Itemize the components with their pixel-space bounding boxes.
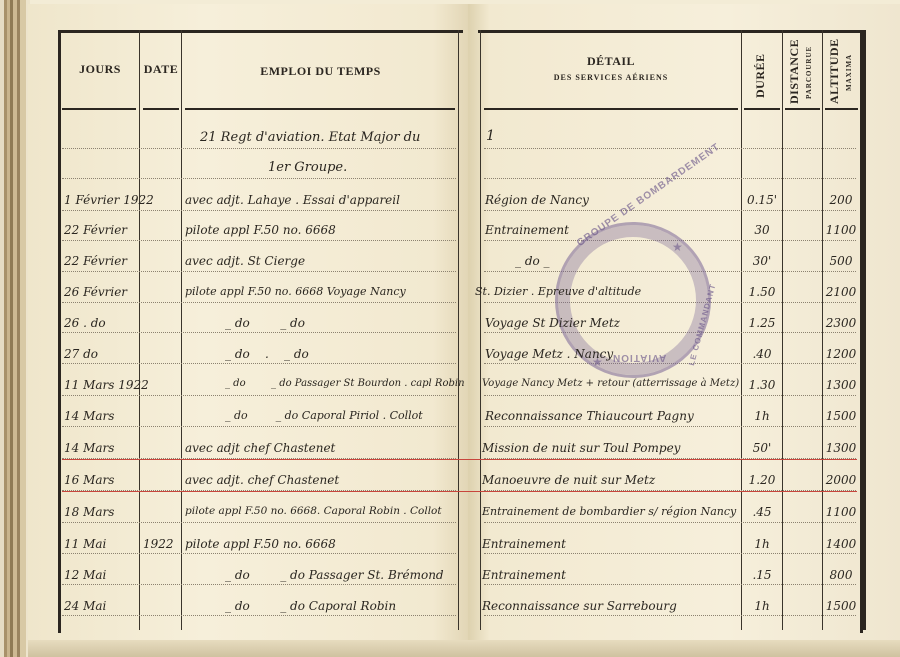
header-rule-detail <box>484 108 738 110</box>
header-jours: JOURS <box>62 62 138 77</box>
book-binding-edge <box>0 0 30 657</box>
intro-line-1: 21 Regt d'aviation. Etat Major du <box>200 130 420 145</box>
cell-duree: 50' <box>742 441 782 455</box>
header-duree: DURÉE <box>753 48 768 104</box>
cell-detail: St. Dizier . Epreuve d'altitude <box>475 285 641 298</box>
cell-detail: Région de Nancy <box>485 193 589 207</box>
cell-altitude: 1500 <box>823 409 859 423</box>
column-divider-date-emploi <box>181 30 182 630</box>
stamp-star-icon: ★ <box>672 240 683 255</box>
cell-detail: Mission de nuit sur Toul Pompey <box>482 441 680 455</box>
cell-emploi: pilote appl F.50 no. 6668 <box>185 537 336 551</box>
column-divider-duree-distance <box>782 30 783 630</box>
red-underline-row-10 <box>62 491 857 492</box>
cell-jours: 16 Mars <box>64 473 114 487</box>
cell-jours: 22 Février <box>64 254 127 268</box>
cell-detail: _ do _ <box>515 254 550 268</box>
red-underline-row-9 <box>62 459 857 460</box>
column-divider-jours-date <box>139 30 140 630</box>
cell-altitude: 1400 <box>823 537 859 551</box>
cell-altitude: 500 <box>823 254 859 268</box>
cell-emploi: _ do _ do Passager St. Brémond <box>225 568 444 582</box>
cell-altitude: 800 <box>823 568 859 582</box>
cell-altitude: 1200 <box>823 347 859 361</box>
header-distance: DISTANCE PARCOURUE <box>787 40 817 104</box>
cell-jours: 18 Mars <box>64 505 114 519</box>
header-distance-subtitle: PARCOURUE <box>805 45 813 98</box>
cell-altitude: 1300 <box>823 378 859 392</box>
cell-detail: Manoeuvre de nuit sur Metz <box>482 473 655 487</box>
cell-jours: 14 Mars <box>64 409 114 423</box>
cell-altitude: 1100 <box>823 505 859 519</box>
intro-line-2: 1er Groupe. <box>268 160 347 175</box>
header-rule-date <box>143 108 179 110</box>
cell-jours: 11 Mars 1922 <box>64 378 149 392</box>
cell-duree: 1h <box>742 537 782 551</box>
cell-date: 1922 <box>143 537 174 551</box>
cell-emploi: pilote appl F.50 no. 6668 <box>185 223 336 237</box>
cell-emploi: avec adjt. Lahaye . Essai d'appareil <box>185 193 400 207</box>
header-altitude: ALTITUDE MAXIMA <box>827 40 857 104</box>
cell-altitude: 1100 <box>823 223 859 237</box>
cell-emploi: _ do _ do <box>225 316 305 330</box>
cell-jours: 27 do <box>64 347 98 361</box>
cell-jours: 1 Février 1922 <box>64 193 154 207</box>
cell-duree: 1h <box>742 409 782 423</box>
cell-detail: Entrainement <box>482 537 566 551</box>
cell-jours: 22 Février <box>64 223 127 237</box>
cell-jours: 14 Mars <box>64 441 114 455</box>
cell-duree: 0.15' <box>742 193 782 207</box>
cell-altitude: 2100 <box>823 285 859 299</box>
cell-detail: Voyage Nancy Metz + retour (atterrissage… <box>482 378 739 389</box>
cell-emploi: pilote appl F.50 no. 6668 Voyage Nancy <box>185 285 406 298</box>
cell-duree: 1.50 <box>742 285 782 299</box>
header-rule-duree <box>744 108 780 110</box>
cell-detail: Voyage St Dizier Metz <box>485 316 620 330</box>
header-date: DATE <box>141 62 181 77</box>
cell-altitude: 2300 <box>823 316 859 330</box>
cell-jours: 26 . do <box>64 316 106 330</box>
cell-duree: 1h <box>742 599 782 613</box>
header-emploi-du-temps: EMPLOI DU TEMPS <box>183 64 458 79</box>
header-distance-title: DISTANCE <box>787 39 801 104</box>
intro-detail-mark: 1 <box>486 128 495 144</box>
header-altitude-subtitle: MAXIMA <box>845 53 853 90</box>
cell-emploi: pilote appl F.50 no. 6668. Caporal Robin… <box>185 505 442 517</box>
cell-duree: 1.20 <box>742 473 782 487</box>
cell-duree: .45 <box>742 505 782 519</box>
cell-altitude: 1300 <box>823 441 859 455</box>
cell-duree: .15 <box>742 568 782 582</box>
cell-detail: Entrainement <box>482 568 566 582</box>
column-divider-detail-start <box>480 30 481 630</box>
header-rule-jours <box>62 108 136 110</box>
column-divider-emploi-end <box>458 30 459 630</box>
cell-altitude: 2000 <box>823 473 859 487</box>
cell-duree: 1.30 <box>742 378 782 392</box>
page-bottom-shadow <box>28 640 900 657</box>
cell-detail: Entrainement de bombardier s/ région Nan… <box>482 505 736 518</box>
cell-duree: 30' <box>742 254 782 268</box>
cell-emploi: _ do _ do Caporal Robin <box>225 599 396 613</box>
cell-jours: 24 Mai <box>64 599 106 613</box>
header-rule-altitude <box>825 108 858 110</box>
cell-duree: 30 <box>742 223 782 237</box>
header-rule-emploi <box>185 108 455 110</box>
cell-emploi: avec adjt. St Cierge <box>185 254 305 268</box>
cell-detail: Reconnaissance sur Sarrebourg <box>482 599 677 613</box>
header-detail-title: DÉTAIL <box>587 54 635 68</box>
cell-detail: Entrainement <box>485 223 569 237</box>
cell-jours: 12 Mai <box>64 568 106 582</box>
cell-duree: 1.25 <box>742 316 782 330</box>
cell-altitude: 1500 <box>823 599 859 613</box>
cell-detail: Voyage Metz . Nancy <box>485 347 613 361</box>
cell-emploi: _ do . _ do <box>225 347 309 361</box>
header-detail: DÉTAIL DES SERVICES AÉRIENS <box>482 54 740 82</box>
stamp-bottom-text: AVIATION <box>612 352 666 363</box>
cell-emploi: avec adjt. chef Chastenet <box>185 473 339 487</box>
cell-jours: 11 Mai <box>64 537 106 551</box>
cell-emploi: avec adjt chef Chastenet <box>185 441 335 455</box>
cell-emploi: _ do _ do Passager St Bourdon . capl Rob… <box>225 378 465 389</box>
header-altitude-title: ALTITUDE <box>827 38 841 104</box>
cell-altitude: 200 <box>823 193 859 207</box>
header-detail-subtitle: DES SERVICES AÉRIENS <box>482 73 740 82</box>
cell-emploi: _ do _ do Caporal Piriol . Collot <box>225 409 423 422</box>
header-rule-distance <box>785 108 820 110</box>
cell-detail: Reconnaissance Thiaucourt Pagny <box>485 409 694 423</box>
cell-duree: .40 <box>742 347 782 361</box>
cell-jours: 26 Février <box>64 285 127 299</box>
